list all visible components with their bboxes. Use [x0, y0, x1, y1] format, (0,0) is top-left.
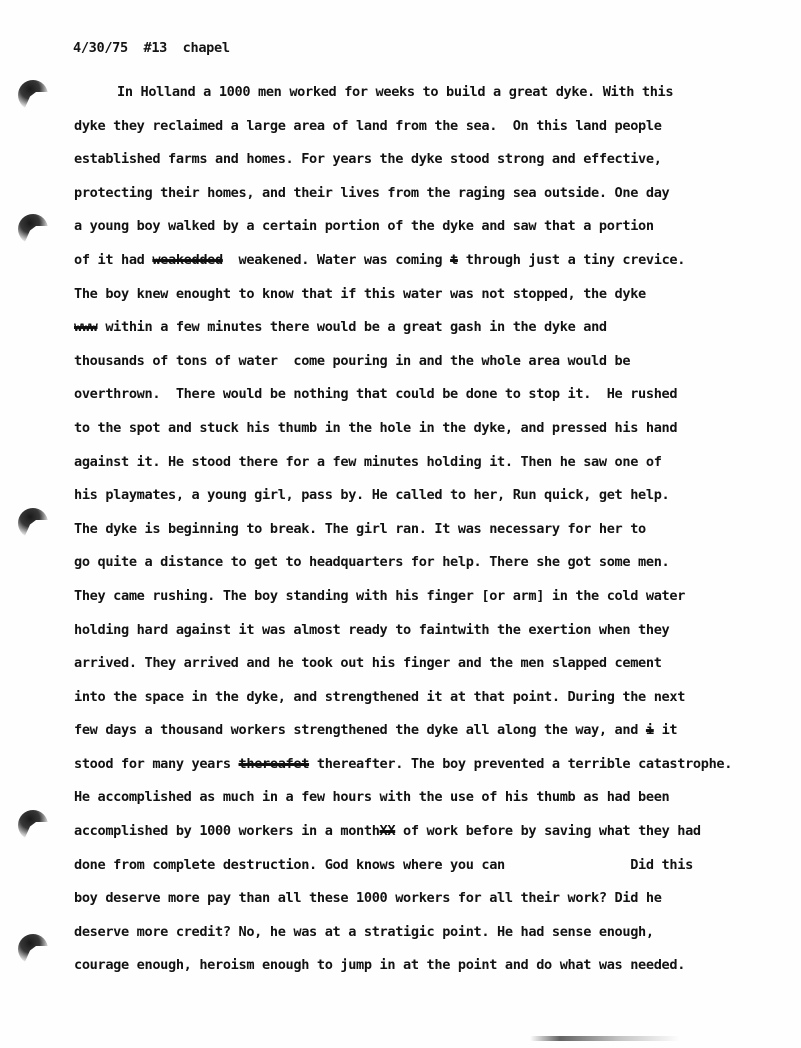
- line-text: accomplished by 1000 workers in a month: [74, 823, 380, 839]
- text-line-5: a young boy walked by a certain portion …: [74, 210, 794, 244]
- struck-out-text: i: [646, 722, 654, 738]
- struck-out-text: t: [450, 252, 458, 268]
- line-text: of work before by saving what they had: [395, 823, 701, 839]
- binder-hole-icon: [18, 214, 48, 244]
- text-line-24: done from complete destruction. God know…: [74, 849, 794, 883]
- text-line-27: courage enough, heroism enough to jump i…: [74, 949, 794, 983]
- binder-hole-icon: [18, 80, 48, 110]
- text-line-3: established farms and homes. For years t…: [74, 143, 794, 177]
- scan-smudge: [530, 1036, 680, 1041]
- text-line-16: They came rushing. The boy standing with…: [74, 580, 794, 614]
- text-line-10: overthrown. There would be nothing that …: [74, 378, 794, 412]
- text-line-7: The boy knew enought to know that if thi…: [74, 278, 794, 312]
- text-line-25: boy deserve more pay than all these 1000…: [74, 882, 794, 916]
- struck-out-text: XX: [380, 823, 396, 839]
- line-text: through just a tiny crevice.: [458, 252, 685, 268]
- struck-out-text: thereafet: [239, 756, 310, 772]
- text-line-14: The dyke is beginning to break. The girl…: [74, 513, 794, 547]
- text-line-2: dyke they reclaimed a large area of land…: [74, 110, 794, 144]
- struck-out-text: weakedded: [152, 252, 223, 268]
- text-line-4: protecting their homes, and their lives …: [74, 177, 794, 211]
- line-text: of it had: [74, 252, 152, 268]
- text-line-18: arrived. They arrived and he took out hi…: [74, 647, 794, 681]
- binder-hole-icon: [18, 810, 48, 840]
- text-line-26: deserve more credit? No, he was at a str…: [74, 916, 794, 950]
- text-line-11: to the spot and stuck his thumb in the h…: [74, 412, 794, 446]
- text-line-17: holding hard against it was almost ready…: [74, 614, 794, 648]
- text-line-6: of it had weakedded weakened. Water was …: [74, 244, 794, 278]
- text-line-22: He accomplished as much in a few hours w…: [74, 781, 794, 815]
- text-line-12: against it. He stood there for a few min…: [74, 446, 794, 480]
- struck-out-text: www: [74, 319, 98, 335]
- line-text: it: [654, 722, 678, 738]
- text-line-13: his playmates, a young girl, pass by. He…: [74, 479, 794, 513]
- text-line-19: into the space in the dyke, and strength…: [74, 681, 794, 715]
- text-line-23: accomplished by 1000 workers in a monthX…: [74, 815, 794, 849]
- line-text: within a few minutes there would be a gr…: [98, 319, 607, 335]
- text-line-8: www within a few minutes there would be …: [74, 311, 794, 345]
- text-line-21: stood for many years thereafet thereafte…: [74, 748, 794, 782]
- scanned-page: 4/30/75 #13 chapel In Holland a 1000 men…: [0, 0, 801, 1048]
- text-line-1: In Holland a 1000 men worked for weeks t…: [74, 76, 794, 110]
- binder-hole-icon: [18, 934, 48, 964]
- text-line-20: few days a thousand workers strengthened…: [74, 714, 794, 748]
- text-line-15: go quite a distance to get to headquarte…: [74, 546, 794, 580]
- line-text: weakened. Water was coming: [223, 252, 450, 268]
- document-header: 4/30/75 #13 chapel: [73, 40, 230, 56]
- line-text: stood for many years: [74, 756, 239, 772]
- line-text: few days a thousand workers strengthened…: [74, 722, 646, 738]
- binder-hole-icon: [18, 508, 48, 538]
- document-body: In Holland a 1000 men worked for weeks t…: [74, 76, 794, 983]
- line-text: thereafter. The boy prevented a terrible…: [309, 756, 732, 772]
- text-line-9: thousands of tons of water come pouring …: [74, 345, 794, 379]
